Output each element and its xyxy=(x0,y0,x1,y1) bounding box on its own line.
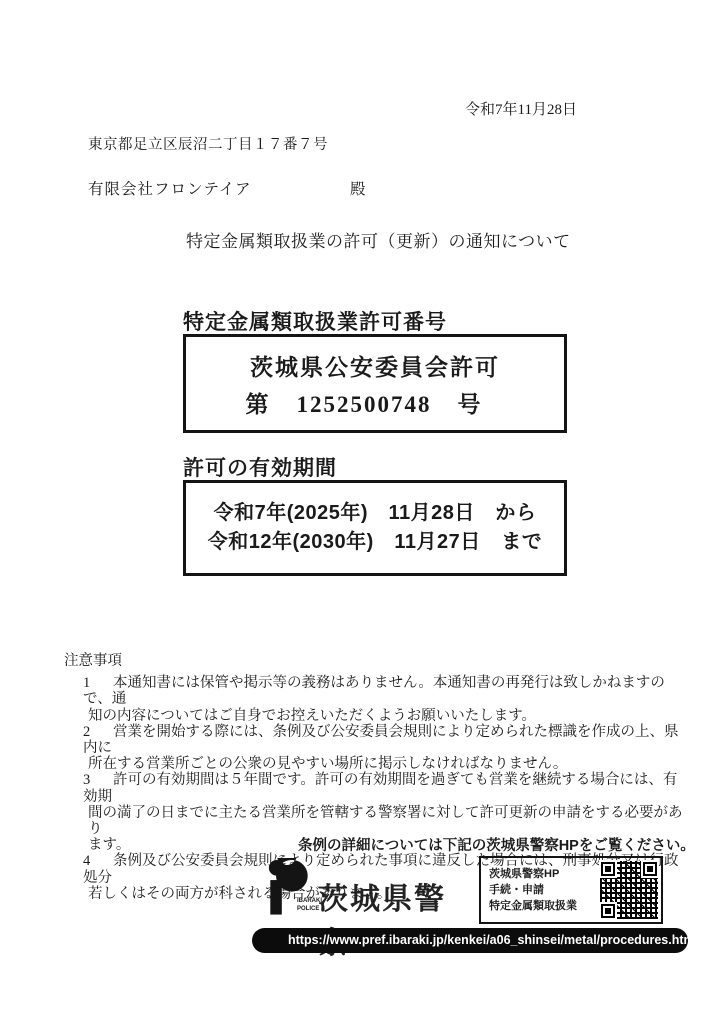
note-number: 3 xyxy=(83,772,113,788)
recipient-address: 東京都足立区辰沼二丁目１７番７号 xyxy=(88,133,328,154)
qr-info-box: 茨城県警察HP 手続・申請 特定金属類取扱業 xyxy=(479,856,663,924)
ibaraki-police-icon xyxy=(266,858,312,928)
validity-box: 令和7年(2025年) 11月28日 から 令和12年(2030年) 11月27… xyxy=(183,480,567,576)
license-number-line: 第 1252500748 号 xyxy=(246,386,481,419)
document-page: 令和7年11月28日 東京都足立区辰沼二丁目１７番７号 有限会社フロンテイア 殿… xyxy=(0,0,724,1024)
qr-finder-icon xyxy=(643,862,657,876)
qr-label: 特定金属類取扱業 xyxy=(489,898,577,914)
validity-to: 令和12年(2030年) 11月27日 まで xyxy=(208,528,542,557)
hp-notice: 条例の詳細については下記の茨城県警察HPをご覧ください。 xyxy=(298,834,695,855)
note-text: 間の満了の日までに主たる営業所を管轄する警察署に対して許可更新の申請をする必要が… xyxy=(64,805,684,837)
license-authority: 茨城県公安委員会許可 xyxy=(250,349,500,382)
license-number-suffix: 号 xyxy=(458,386,481,419)
note-text: 営業を開始する際には、条例及び公安委員会規則により定められた標識を作成の上、県内… xyxy=(83,724,679,756)
qr-finder-icon xyxy=(601,862,615,876)
note-text: 本通知書には保管や掲示等の義務はありません。本通知書の再発行は致しかねますので、… xyxy=(83,675,665,707)
note-number: 4 xyxy=(83,853,113,869)
document-title: 特定金属類取扱業の許可（更新）の通知について xyxy=(186,227,571,252)
qr-label: 手続・申請 xyxy=(489,882,577,898)
honorific: 殿 xyxy=(350,177,366,199)
issue-date: 令和7年11月28日 xyxy=(465,98,577,119)
qr-labels: 茨城県警察HP 手続・申請 特定金属類取扱業 xyxy=(489,866,577,914)
license-number-prefix: 第 xyxy=(246,386,269,419)
recipient-name: 有限会社フロンテイア xyxy=(88,177,251,199)
note-text: 知の内容についてはご自身でお控えいただくようお願いいたします。 xyxy=(64,708,684,724)
license-number: 1252500748 xyxy=(297,392,432,418)
note-text: 許可の有効期間は５年間です。許可の有効期間を過ぎても営業を継続する場合には、有効… xyxy=(83,772,677,804)
note-item: 2営業を開始する際には、条例及び公安委員会規則により定められた標識を作成の上、県… xyxy=(64,724,684,773)
note-number: 1 xyxy=(83,675,113,691)
note-text: 所在する営業所ごとの公衆の見やすい場所に掲示しなければなりません。 xyxy=(64,756,684,772)
notes-heading: 注意事項 xyxy=(64,653,684,669)
qr-label: 茨城県警察HP xyxy=(489,866,577,882)
note-item: 1本通知書には保管や掲示等の義務はありません。本通知書の再発行は致しかねますので… xyxy=(64,675,684,724)
police-hp-url: https://www.pref.ibaraki.jp/kenkei/a06_s… xyxy=(252,928,688,953)
ibaraki-police-logo-block: IBARAKI POLICE 茨城県警察 xyxy=(266,858,476,928)
note-number: 2 xyxy=(83,724,113,740)
validity-heading: 許可の有効期間 xyxy=(183,452,337,482)
license-number-heading: 特定金属類取扱業許可番号 xyxy=(183,306,447,336)
qr-finder-icon xyxy=(601,904,615,918)
validity-from: 令和7年(2025年) 11月28日 から xyxy=(214,499,537,528)
license-number-box: 茨城県公安委員会許可 第 1252500748 号 xyxy=(183,334,567,433)
qr-code xyxy=(600,861,658,919)
